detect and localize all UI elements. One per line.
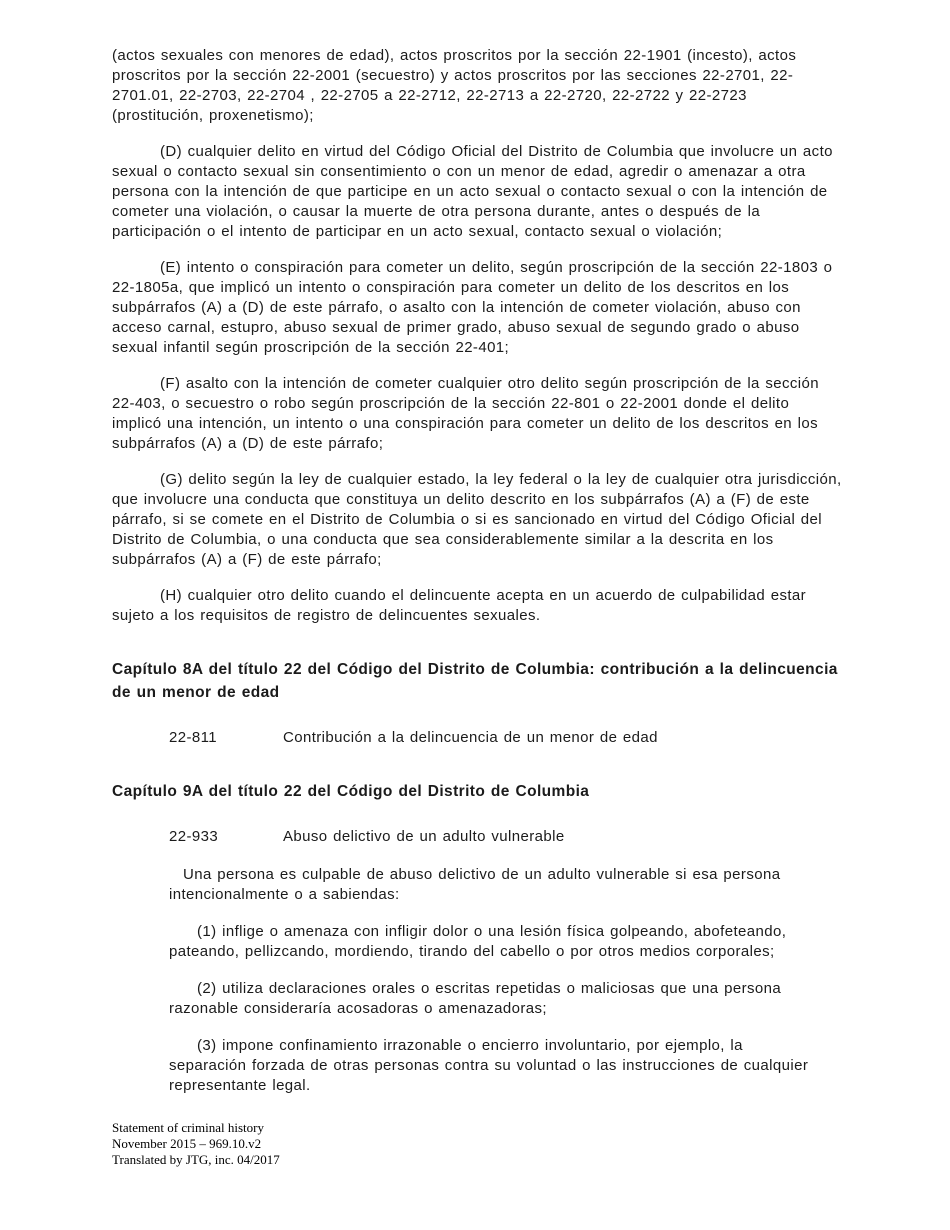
footer-line-translation: Translated by JTG, inc. 04/2017 bbox=[112, 1152, 842, 1168]
statute-title: Contribución a la delincuencia de un men… bbox=[283, 728, 842, 748]
paragraph-subparagraph-d: (D) cualquier delito en virtud del Códig… bbox=[112, 142, 842, 242]
paragraph-subparagraph-f: (F) asalto con la intención de cometer c… bbox=[112, 374, 842, 454]
chapter-9a-body: Una persona es culpable de abuso delicti… bbox=[169, 865, 824, 1096]
paragraph-subparagraph-e: (E) intento o conspiración para cometer … bbox=[112, 258, 842, 358]
paragraph-subparagraph-h: (H) cualquier otro delito cuando el deli… bbox=[112, 586, 842, 626]
chapter-8a-heading: Capítulo 8A del título 22 del Código del… bbox=[112, 658, 842, 704]
paragraph-item-3: (3) impone confinamiento irrazonable o e… bbox=[169, 1036, 824, 1096]
statute-entry-22-811: 22-811 Contribución a la delincuencia de… bbox=[169, 728, 842, 748]
paragraph-intro-continuation: (actos sexuales con menores de edad), ac… bbox=[112, 46, 842, 126]
chapter-9a-heading: Capítulo 9A del título 22 del Código del… bbox=[112, 780, 842, 803]
paragraph-item-2: (2) utiliza declaraciones orales o escri… bbox=[169, 979, 824, 1019]
paragraph-item-1: (1) inflige o amenaza con infligir dolor… bbox=[169, 922, 824, 962]
document-page: (actos sexuales con menores de edad), ac… bbox=[0, 0, 950, 1230]
page-footer: Statement of criminal history November 2… bbox=[112, 1120, 842, 1168]
paragraph-lead-vulnerable-adult: Una persona es culpable de abuso delicti… bbox=[169, 865, 824, 905]
statute-entry-22-933: 22-933 Abuso delictivo de un adulto vuln… bbox=[169, 827, 842, 847]
statute-number: 22-933 bbox=[169, 827, 283, 847]
footer-line-version: November 2015 – 969.10.v2 bbox=[112, 1136, 842, 1152]
statute-number: 22-811 bbox=[169, 728, 283, 748]
footer-line-title: Statement of criminal history bbox=[112, 1120, 842, 1136]
statute-title: Abuso delictivo de un adulto vulnerable bbox=[283, 827, 842, 847]
paragraph-subparagraph-g: (G) delito según la ley de cualquier est… bbox=[112, 470, 842, 570]
